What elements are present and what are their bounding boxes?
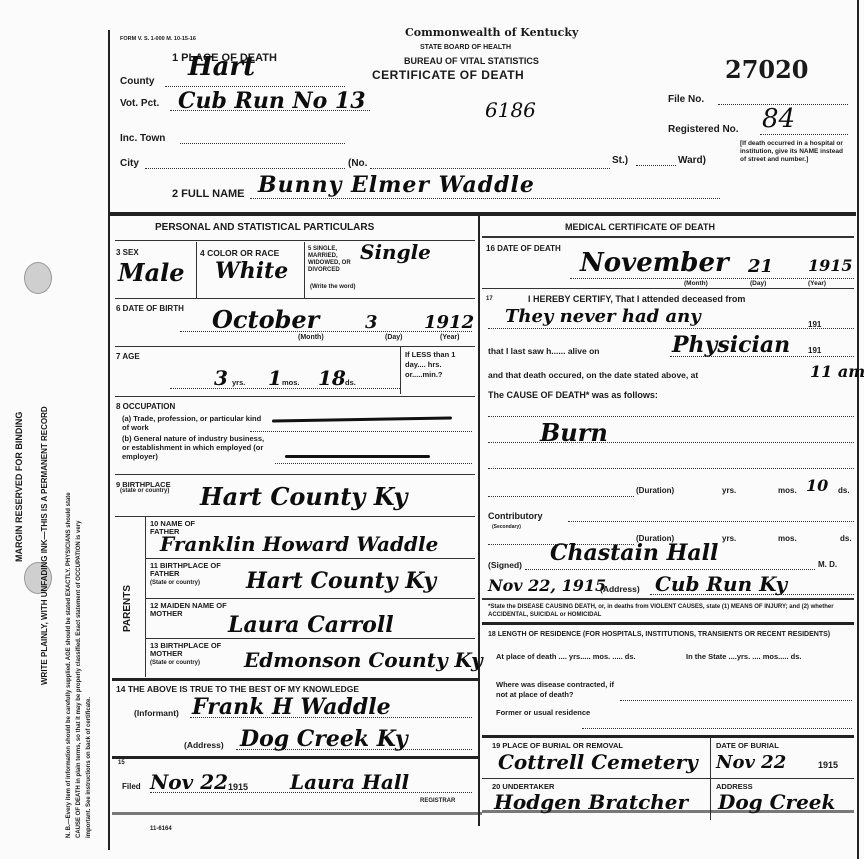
personal-section-title: PERSONAL AND STATISTICAL PARTICULARS — [155, 222, 374, 233]
father-birthplace-sub: (State or country) — [150, 580, 200, 586]
residence-heading: 18 LENGTH OF RESIDENCE (FOR HOSPITALS, I… — [488, 630, 852, 639]
dod-month: November — [580, 248, 729, 278]
left-border — [108, 30, 110, 850]
bureau-name: BUREAU OF VITAL STATISTICS — [404, 56, 539, 66]
certify-text: I HEREBY CERTIFY, That I attended deceas… — [528, 294, 745, 304]
burial-date-label: DATE OF BURIAL — [716, 741, 779, 750]
full-name-label: 2 FULL NAME — [172, 188, 245, 200]
burial-date-year: 1915 — [818, 760, 838, 770]
contributory-mos-label: mos. — [778, 534, 797, 543]
marital-label: 5 SINGLE, MARRIED, WIDOWED, OR DIVORCED — [308, 246, 368, 274]
dob-month-label: (Month) — [298, 334, 324, 341]
registered-no-label: Registered No. — [668, 124, 739, 135]
residence-former: Former or usual residence — [496, 708, 596, 718]
father-birthplace-value: Hart County Ky — [246, 568, 436, 594]
write-plainly-text: WRITE PLAINLY, WITH UNFADING INK—THIS IS… — [40, 406, 49, 685]
mother-birthplace-label: 13 BIRTHPLACE OF MOTHER — [150, 642, 230, 658]
duration-mos-label: mos. — [778, 486, 797, 495]
street-label: St.) — [612, 155, 628, 166]
margin-note-3: important. See instructions on back of c… — [86, 697, 92, 838]
contributory-yrs-label: yrs. — [722, 534, 736, 543]
age-months: 1 — [268, 366, 282, 390]
duration-days-value: 10 — [806, 476, 828, 495]
registrar-value: Laura Hall — [290, 770, 409, 794]
informant-address-label: (Address) — [184, 740, 224, 750]
dob-month: October — [212, 305, 319, 334]
vot-pct-value: Cub Run No 13 — [178, 88, 366, 114]
marital-sub: (Write the word) — [310, 284, 356, 290]
stamp-number: 6186 — [485, 98, 536, 122]
form-number: FORM V. S. 1-000 M. 10-15-16 — [120, 36, 196, 42]
sex-value: Male — [118, 258, 185, 287]
medical-address-value: Cub Run Ky — [655, 572, 787, 596]
occupation-b-dash — [285, 455, 430, 458]
board-name: STATE BOARD OF HEALTH — [420, 44, 511, 51]
dob-year: 1912 — [424, 312, 474, 333]
certificate-number: 27020 — [725, 55, 809, 84]
informant-heading: 14 THE ABOVE IS TRUE TO THE BEST OF MY K… — [116, 684, 359, 694]
occupation-b-label: (b) General nature of industry business,… — [122, 434, 272, 461]
contributory-ds-label: ds. — [840, 534, 852, 543]
ward-label: Ward) — [678, 155, 706, 166]
mother-birthplace-value: Edmonson County Ky — [244, 648, 483, 672]
duration-label: (Duration) — [636, 486, 674, 495]
father-birthplace-label: 11 BIRTHPLACE OF FATHER — [150, 562, 230, 578]
margin-note-1: N. B.—Every item of information should b… — [66, 492, 72, 838]
certify-number: 17 — [486, 296, 493, 302]
dob-day-label: (Day) — [385, 334, 403, 341]
attended-value: They never had any — [505, 306, 701, 327]
attended-year-stub: 191 — [808, 320, 821, 329]
signed-label: (Signed) — [488, 560, 522, 570]
birthplace-sub: (state or country) — [120, 488, 169, 494]
age-ds-label: ds. — [345, 378, 356, 387]
mother-name-value: Laura Carroll — [228, 612, 394, 638]
last-saw-year-stub: 191 — [808, 346, 821, 355]
informant-label: (Informant) — [134, 708, 179, 718]
cause-value: Burn — [540, 418, 608, 447]
file-no-label: File No. — [668, 94, 704, 105]
mother-birthplace-sub: (State or country) — [150, 660, 200, 666]
residence-in-state: In the State ....yrs. .... mos..... ds. — [686, 652, 854, 662]
margin-reserved-text: MARGIN RESERVED FOR BINDING — [14, 412, 24, 562]
dod-label: 16 DATE OF DEATH — [486, 244, 561, 253]
occupation-a-label: (a) Trade, profession, or particular kin… — [122, 414, 262, 432]
parents-label: PARENTS — [122, 585, 133, 632]
filed-label: Filed — [122, 782, 141, 791]
last-saw-value: Physician — [672, 332, 790, 358]
dod-month-label: (Month) — [684, 280, 708, 287]
column-divider — [478, 216, 480, 826]
informant-value: Frank H Waddle — [192, 694, 391, 720]
dob-day: 3 — [365, 312, 378, 333]
birthplace-value: Hart County Ky — [200, 482, 407, 511]
state-name: Commonwealth of Kentucky — [405, 26, 578, 39]
dob-label: 6 DATE OF BIRTH — [116, 304, 184, 313]
age-label: 7 AGE — [116, 352, 140, 361]
age-days: 18 — [318, 366, 346, 390]
death-time-value: 11 am — [810, 362, 864, 381]
dod-year-label: (Year) — [808, 280, 826, 287]
registered-no-value: 84 — [762, 104, 795, 134]
occupation-label: 8 OCCUPATION — [116, 402, 175, 411]
death-occurred-label: and that death occured, on the date stat… — [488, 370, 698, 380]
city-label: City — [120, 158, 139, 169]
punch-hole-top — [24, 262, 52, 294]
medical-address-label: (Address) — [600, 584, 640, 594]
county-label: County — [120, 76, 154, 87]
dod-year: 1915 — [808, 256, 853, 275]
dod-day: 21 — [748, 256, 773, 277]
age-yrs-label: yrs. — [232, 378, 245, 387]
burial-date-value: Nov 22 — [716, 752, 786, 773]
race-value: White — [215, 258, 288, 284]
filed-number: 15 — [118, 760, 125, 766]
county-value: Hart — [188, 52, 255, 82]
residence-contracted: Where was disease contracted, if not at … — [496, 680, 626, 700]
header-divider — [110, 212, 856, 216]
age-mos-label: mos. — [282, 378, 300, 387]
right-border — [857, 0, 859, 859]
registrar-label: REGISTRAR — [420, 798, 455, 804]
cause-footnote: *State the DISEASE CAUSING DEATH, or, in… — [488, 603, 852, 619]
less-than-day-label: If LESS than 1 day.... hrs. or.....min.? — [405, 350, 475, 380]
filed-date: Nov 22 — [150, 770, 228, 794]
mother-name-label: 12 MAIDEN NAME OF MOTHER — [150, 602, 230, 618]
race-label: 4 COLOR OR RACE — [200, 248, 279, 258]
burial-place-value: Cottrell Cemetery — [498, 750, 698, 774]
medical-section-title: MEDICAL CERTIFICATE OF DEATH — [565, 222, 715, 232]
duration-yrs-label: yrs. — [722, 486, 736, 495]
filed-year: 1915 — [228, 782, 248, 792]
vot-pct-label: Vot. Pct. — [120, 98, 159, 109]
institution-note: [If death occurred in a hospital or inst… — [740, 140, 850, 164]
street-number-label: (No. — [348, 158, 367, 169]
last-saw-label: that I last saw h...... alive on — [488, 346, 599, 356]
occupation-a-dash — [272, 416, 452, 422]
contributory-sub: (Secondary) — [492, 524, 521, 530]
cause-label: The CAUSE OF DEATH* was as follows: — [488, 390, 658, 400]
inc-town-label: Inc. Town — [120, 133, 165, 144]
age-years: 3 — [214, 366, 228, 390]
informant-address-value: Dog Creek Ky — [240, 726, 408, 752]
sex-label: 3 SEX — [116, 248, 139, 257]
contributory-label: Contributory — [488, 511, 543, 521]
margin-note-2: CAUSE OF DEATH in plain terms, so that i… — [76, 521, 82, 838]
duration-ds-label: ds. — [838, 486, 850, 495]
dob-year-label: (Year) — [440, 334, 459, 341]
full-name-value: Bunny Elmer Waddle — [258, 172, 535, 198]
dod-day-label: (Day) — [750, 280, 766, 287]
father-name-value: Franklin Howard Waddle — [160, 532, 438, 556]
marital-value: Single — [360, 240, 431, 264]
signed-value: Chastain Hall — [550, 540, 718, 566]
signed-date: Nov 22, 1915 — [488, 576, 606, 595]
md-label: M. D. — [818, 560, 837, 569]
residence-at-place: At place of death .... yrs..... mos. ...… — [496, 652, 646, 662]
certificate-title: CERTIFICATE OF DEATH — [372, 68, 524, 82]
burial-place-label: 19 PLACE OF BURIAL OR REMOVAL — [492, 741, 623, 750]
footer-code: 11-6164 — [150, 826, 172, 832]
